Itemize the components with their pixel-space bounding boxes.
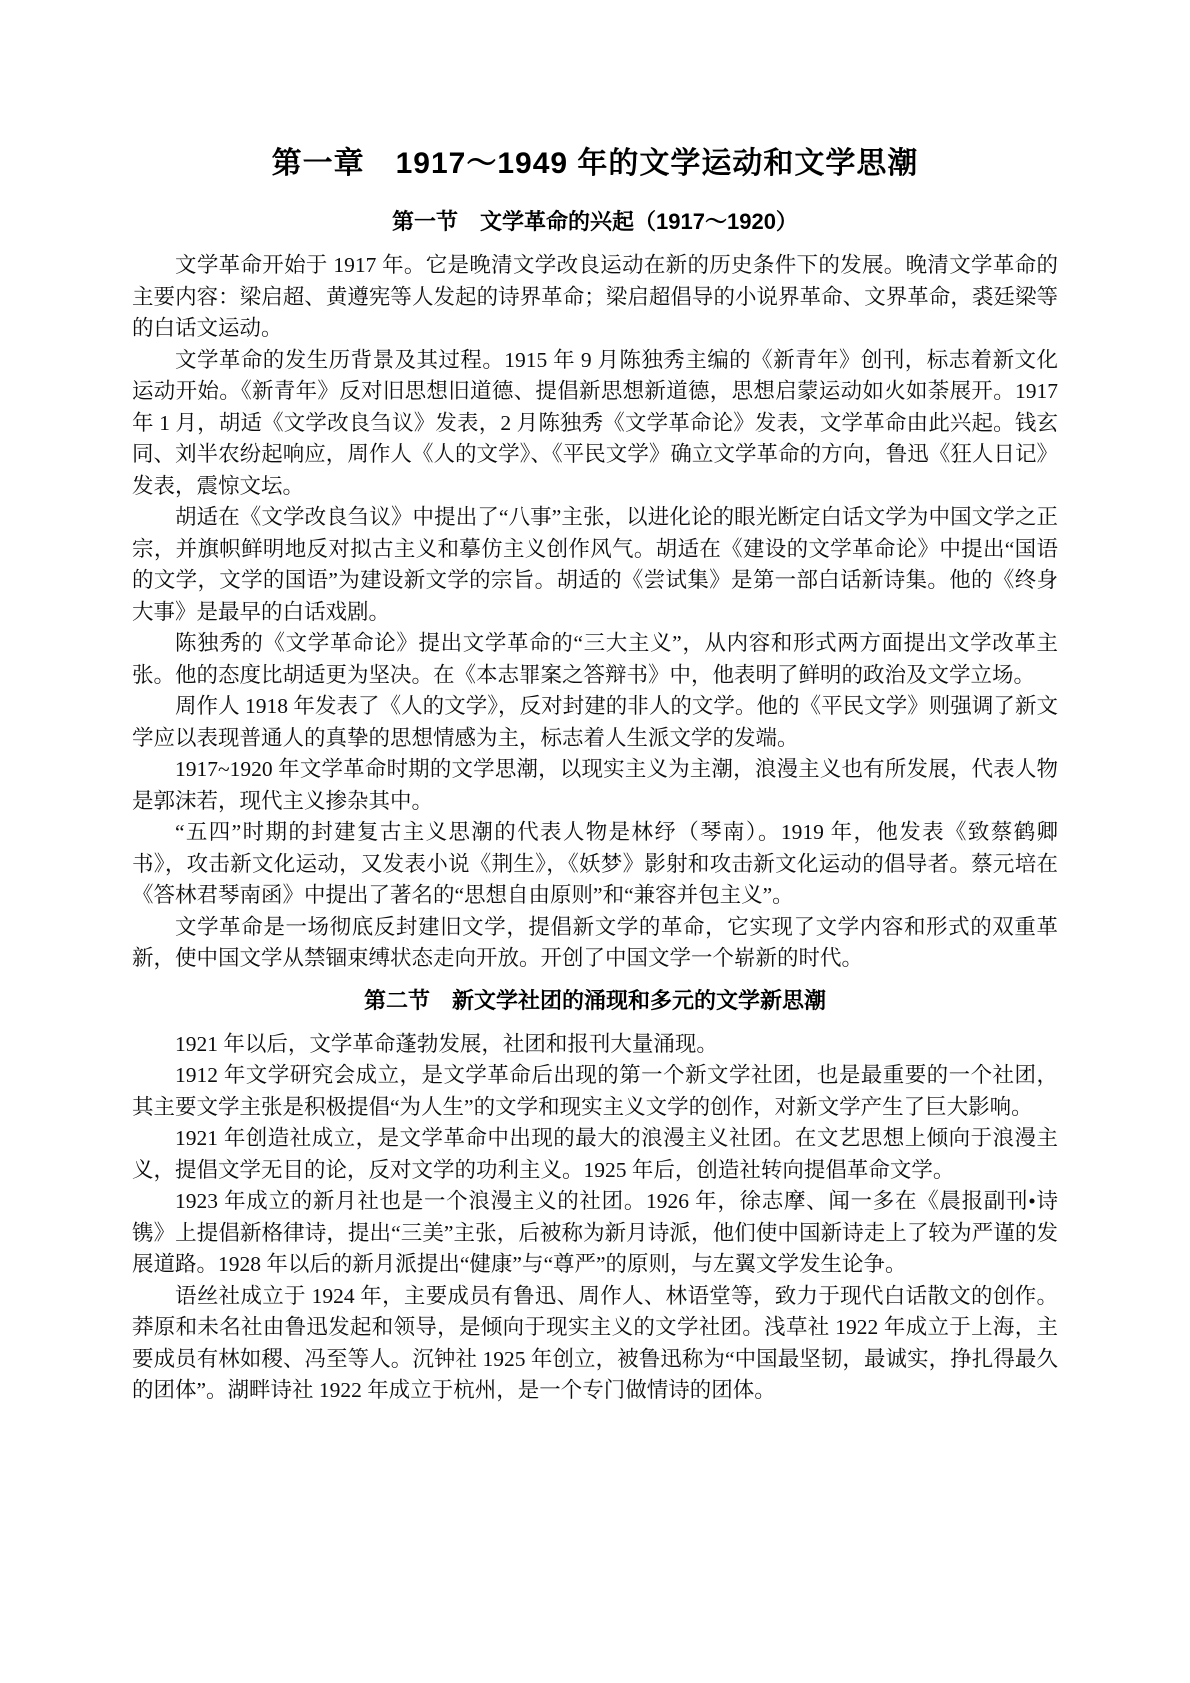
section-1-paragraph-3: 胡适在《文学改良刍议》中提出了“八事”主张，以进化论的眼光断定白话文学为中国文学… [132, 502, 1058, 628]
section-1-paragraph-7: “五四”时期的封建复古主义思潮的代表人物是林纾（琴南）。1919 年，他发表《致… [132, 817, 1058, 912]
section-1-paragraph-5: 周作人 1918 年发表了《人的文学》，反对封建的非人的文学。他的《平民文学》则… [132, 691, 1058, 754]
section-1-heading: 第一节 文学革命的兴起（1917～1920） [132, 208, 1058, 236]
section-1-paragraph-6: 1917~1920 年文学革命时期的文学思潮，以现实主义为主潮，浪漫主义也有所发… [132, 754, 1058, 817]
section-1-paragraph-4: 陈独秀的《文学革命论》提出文学革命的“三大主义”，从内容和形式两方面提出文学改革… [132, 628, 1058, 691]
section-2-body: 1921 年以后，文学革命蓬勃发展，社团和报刊大量涌现。 1912 年文学研究会… [132, 1029, 1058, 1407]
section-2-paragraph-2: 1912 年文学研究会成立，是文学革命后出现的第一个新文学社团，也是最重要的一个… [132, 1060, 1058, 1123]
document-page: 第一章 1917～1949 年的文学运动和文学思潮 第一节 文学革命的兴起（19… [0, 0, 1190, 1683]
chapter-title: 第一章 1917～1949 年的文学运动和文学思潮 [132, 146, 1058, 182]
section-2-paragraph-4: 1923 年成立的新月社也是一个浪漫主义的社团。1926 年，徐志摩、闻一多在《… [132, 1186, 1058, 1281]
section-1-paragraph-8: 文学革命是一场彻底反封建旧文学，提倡新文学的革命，它实现了文学内容和形式的双重革… [132, 912, 1058, 975]
section-2-paragraph-1: 1921 年以后，文学革命蓬勃发展，社团和报刊大量涌现。 [132, 1029, 1058, 1061]
section-1-body: 文学革命开始于 1917 年。它是晚清文学改良运动在新的历史条件下的发展。晚清文… [132, 250, 1058, 975]
section-2-heading: 第二节 新文学社团的涌现和多元的文学新思潮 [132, 987, 1058, 1015]
section-1-paragraph-2: 文学革命的发生历背景及其过程。1915 年 9 月陈独秀主编的《新青年》创刊，标… [132, 345, 1058, 503]
section-2-paragraph-3: 1921 年创造社成立，是文学革命中出现的最大的浪漫主义社团。在文艺思想上倾向于… [132, 1123, 1058, 1186]
section-2-paragraph-5: 语丝社成立于 1924 年，主要成员有鲁迅、周作人、林语堂等，致力于现代白话散文… [132, 1281, 1058, 1407]
section-1-paragraph-1: 文学革命开始于 1917 年。它是晚清文学改良运动在新的历史条件下的发展。晚清文… [132, 250, 1058, 345]
